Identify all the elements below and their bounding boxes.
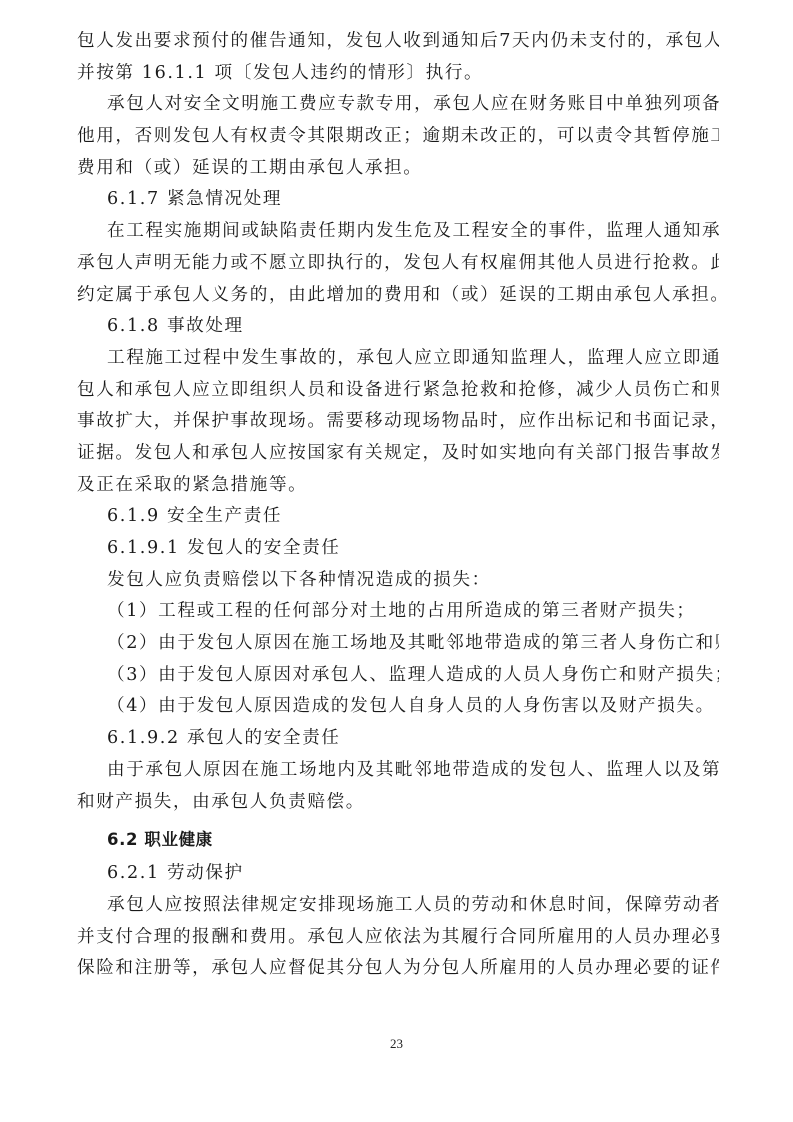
subsection-heading: 6.1.8 事故处理	[77, 311, 719, 343]
body-line: 承包人对安全文明施工费应专款专用，承包人应在财务账目中单独列项备查，不得挪作	[77, 89, 719, 121]
list-item: （2）由于发包人原因在施工场地及其毗邻地带造成的第三者人身伤亡和财产损失；	[77, 628, 719, 660]
body-line: 由于承包人原因在施工场地内及其毗邻地带造成的发包人、监理人以及第三者人员伤亡	[77, 755, 719, 787]
body-line: 他用，否则发包人有权责令其限期改正；逾期未改正的，可以责令其暂停施工，由此增加的	[77, 121, 719, 153]
document-page: 包人发出要求预付的催告通知，发包人收到通知后7天内仍未支付的，承包人有权暂停施工…	[77, 26, 719, 985]
body-line: 事故扩大，并保护事故现场。需要移动现场物品时，应作出标记和书面记录，妥善保管有关	[77, 406, 719, 438]
body-line: 和财产损失，由承包人负责赔偿。	[77, 787, 719, 819]
list-item: （3）由于发包人原因对承包人、监理人造成的人员人身伤亡和财产损失；	[77, 660, 719, 692]
subsection-heading: 6.1.9.1 发包人的安全责任	[77, 533, 719, 565]
body-line: 在工程实施期间或缺陷责任期内发生危及工程安全的事件，监理人通知承包人进行抢救，	[77, 216, 719, 248]
body-line: 费用和（或）延误的工期由承包人承担。	[77, 153, 719, 185]
list-item: （4）由于发包人原因造成的发包人自身人员的人身伤害以及财产损失。	[77, 691, 719, 723]
body-line: 工程施工过程中发生事故的，承包人应立即通知监理人，监理人应立即通知发包人。发	[77, 343, 719, 375]
section-heading: 6.2 职业健康	[77, 821, 719, 858]
page-number: 23	[0, 1036, 793, 1052]
body-line: 并按第 16.1.1 项〔发包人违约的情形〕执行。	[77, 58, 719, 90]
body-line: 承包人应按照法律规定安排现场施工人员的劳动和休息时间，保障劳动者的休息时间，	[77, 890, 719, 922]
body-line: 约定属于承包人义务的，由此增加的费用和（或）延误的工期由承包人承担。	[77, 280, 719, 312]
body-line: 发包人应负责赔偿以下各种情况造成的损失：	[77, 565, 719, 597]
body-line: 包人发出要求预付的催告通知，发包人收到通知后7天内仍未支付的，承包人有权暂停施工…	[77, 26, 719, 58]
list-item: （1）工程或工程的任何部分对土地的占用所造成的第三者财产损失；	[77, 596, 719, 628]
body-line: 保险和注册等，承包人应督促其分包人为分包人所雇用的人员办理必要的证件、许可、保险	[77, 953, 719, 985]
subsection-heading: 6.1.9 安全生产责任	[77, 501, 719, 533]
body-line: 并支付合理的报酬和费用。承包人应依法为其履行合同所雇用的人员办理必要的证件、许可…	[77, 922, 719, 954]
subsection-heading: 6.1.7 紧急情况处理	[77, 184, 719, 216]
subsection-heading: 6.2.1 劳动保护	[77, 858, 719, 890]
subsection-heading: 6.1.9.2 承包人的安全责任	[77, 723, 719, 755]
body-line: 及正在采取的紧急措施等。	[77, 470, 719, 502]
body-line: 证据。发包人和承包人应按国家有关规定，及时如实地向有关部门报告事故发生的情况，以	[77, 438, 719, 470]
body-line: 承包人声明无能力或不愿立即执行的，发包人有权雇佣其他人员进行抢救。此类抢救按合同	[77, 248, 719, 280]
body-line: 包人和承包人应立即组织人员和设备进行紧急抢救和抢修，减少人员伤亡和财产损失，防止	[77, 375, 719, 407]
